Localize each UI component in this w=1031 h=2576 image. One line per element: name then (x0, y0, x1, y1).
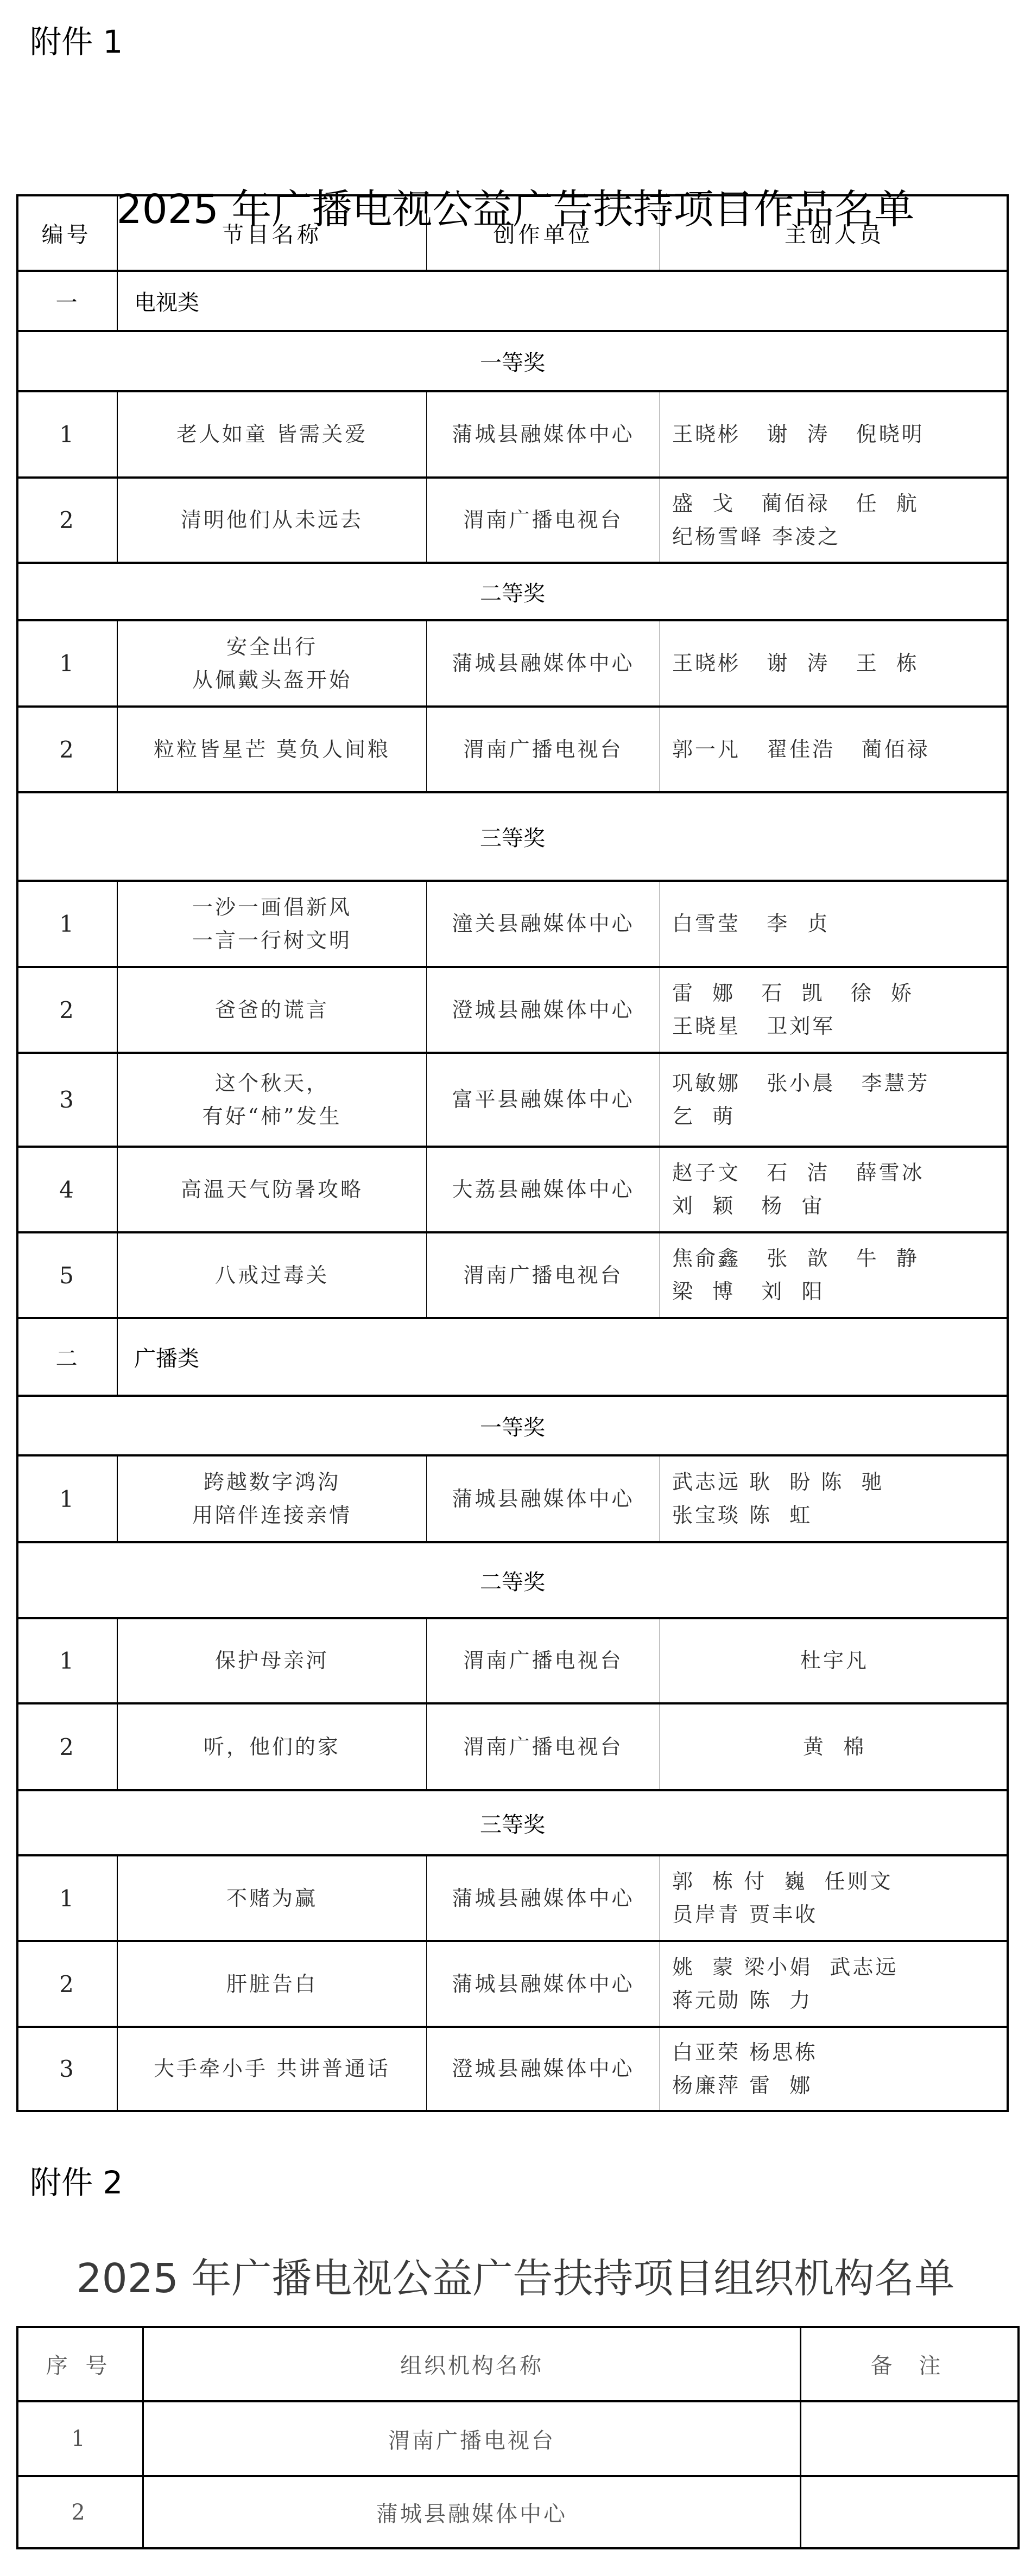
table-row: 1 渭南广播电视台 (16, 2400, 1020, 2475)
header-org: 组织机构名称 (142, 2328, 800, 2400)
creation-unit: 潼关县融媒体中心 (426, 882, 660, 966)
creators: 赵子文 石 洁 薛雪冰 刘 颖 杨 宙 (660, 1148, 1009, 1231)
table-row: 2 肝脏告白 蒲城县融媒体中心 姚 蒙 梁小娟 武志远 蒋元勋 陈 力 (16, 1940, 1009, 2026)
creators: 巩敏娜 张小晨 李慧芳 乞 萌 (660, 1054, 1009, 1146)
table-row: 3 这个秋天， 有好“柿”发生 富平县融媒体中心 巩敏娜 张小晨 李慧芳 乞 萌 (16, 1052, 1009, 1146)
award-row: 三等奖 (16, 791, 1009, 880)
table-row: 1 跨越数字鸿沟 用陪伴连接亲情 蒲城县融媒体中心 武志远 耿 盼 陈 驰 张宝… (16, 1454, 1009, 1541)
table-row: 2 清明他们从未远去 渭南广播电视台 盛 戈 蔺佰禄 任 航 纪杨雪峄 李凌之 (16, 476, 1009, 562)
header-creators: 主创人员 (660, 196, 1009, 270)
creators: 盛 戈 蔺佰禄 任 航 纪杨雪峄 李凌之 (660, 479, 1009, 562)
row-no: 3 (16, 1054, 117, 1146)
table-row: 2 听，他们的家 渭南广播电视台 黄 棉 (16, 1702, 1009, 1789)
creation-unit: 渭南广播电视台 (426, 1233, 660, 1317)
award-label: 一等奖 (16, 1397, 1009, 1454)
creation-unit: 渭南广播电视台 (426, 708, 660, 791)
creators: 雷 娜 石 凯 徐 娇 王晓星 卫刘军 (660, 968, 1009, 1052)
table-row: 1 一沙一画倡新风 一言一行树文明 潼关县融媒体中心 白雪莹 李 贞 (16, 880, 1009, 966)
award-label: 二等奖 (16, 564, 1009, 619)
creation-unit: 蒲城县融媒体中心 (426, 1856, 660, 1940)
row-no: 1 (16, 2402, 142, 2475)
table-row: 5 八戒过毒关 渭南广播电视台 焦俞鑫 张 歆 牛 静 梁 博 刘 阳 (16, 1231, 1009, 1317)
row-no: 3 (16, 2028, 117, 2110)
award-row: 二等奖 (16, 562, 1009, 619)
category-name: 广播类 (117, 1319, 1009, 1395)
table-row: 2 粒粒皆星芒 莫负人间粮 渭南广播电视台 郭一凡 翟佳浩 蔺佰禄 (16, 705, 1009, 791)
award-label: 二等奖 (16, 1543, 1009, 1617)
award-row: 二等奖 (16, 1541, 1009, 1617)
row-no: 1 (16, 392, 117, 476)
row-no: 2 (16, 1942, 117, 2026)
category-index: 二 (16, 1319, 117, 1395)
header-note: 备 注 (800, 2328, 1020, 2400)
creation-unit: 渭南广播电视台 (426, 1619, 660, 1702)
award-label: 三等奖 (16, 793, 1009, 880)
creation-unit: 蒲城县融媒体中心 (426, 392, 660, 476)
program-name: 跨越数字鸿沟 用陪伴连接亲情 (117, 1456, 426, 1541)
table-row: 2 蒲城县融媒体中心 (16, 2475, 1020, 2549)
creation-unit: 富平县融媒体中心 (426, 1054, 660, 1146)
creation-unit: 渭南广播电视台 (426, 1704, 660, 1789)
row-no: 2 (16, 1704, 117, 1789)
creators: 白雪莹 李 贞 (660, 882, 1009, 966)
award-label: 三等奖 (16, 1791, 1009, 1854)
creators: 郭一凡 翟佳浩 蔺佰禄 (660, 708, 1009, 791)
table-row: 1 不赌为赢 蒲城县融媒体中心 郭 栋 付 巍 任则文 员岸青 贾丰收 (16, 1854, 1009, 1940)
table-row: 1 保护母亲河 渭南广播电视台 杜宇凡 (16, 1617, 1009, 1702)
program-name: 肝脏告白 (117, 1942, 426, 2026)
program-name: 安全出行 从佩戴头盔开始 (117, 621, 426, 705)
program-name: 这个秋天， 有好“柿”发生 (117, 1054, 426, 1146)
program-name: 老人如童 皆需关爱 (117, 392, 426, 476)
program-name: 听，他们的家 (117, 1704, 426, 1789)
page-title-org-list: 2025 年广播电视公益广告扶持项目组织机构名单 (0, 2259, 1031, 2299)
creators: 姚 蒙 梁小娟 武志远 蒋元勋 陈 力 (660, 1942, 1009, 2026)
award-row: 一等奖 (16, 330, 1009, 390)
creators: 白亚荣 杨思栋 杨廉萍 雷 娜 (660, 2028, 1009, 2110)
row-no: 4 (16, 1148, 117, 1231)
program-name: 清明他们从未远去 (117, 479, 426, 562)
creation-unit: 渭南广播电视台 (426, 479, 660, 562)
category-name: 电视类 (117, 272, 1009, 330)
creators: 武志远 耿 盼 陈 驰 张宝琰 陈 虹 (660, 1456, 1009, 1541)
program-name: 保护母亲河 (117, 1619, 426, 1702)
program-name: 八戒过毒关 (117, 1233, 426, 1317)
header-no: 序 号 (16, 2328, 142, 2400)
note (800, 2477, 1020, 2547)
org-name: 蒲城县融媒体中心 (142, 2477, 800, 2547)
table-header-row: 序 号 组织机构名称 备 注 (16, 2326, 1020, 2400)
creation-unit: 蒲城县融媒体中心 (426, 1456, 660, 1541)
row-no: 2 (16, 708, 117, 791)
category-row-tv: 一 电视类 (16, 270, 1009, 330)
header-program: 节目名称 (117, 196, 426, 270)
program-name: 一沙一画倡新风 一言一行树文明 (117, 882, 426, 966)
attachment-2-label: 附件 2 (30, 2167, 123, 2198)
creators: 王晓彬 谢 涛 倪晓明 (660, 392, 1009, 476)
row-no: 1 (16, 1856, 117, 1940)
creators: 郭 栋 付 巍 任则文 员岸青 贾丰收 (660, 1856, 1009, 1940)
note (800, 2402, 1020, 2475)
table-row: 2 爸爸的谎言 澄城县融媒体中心 雷 娜 石 凯 徐 娇 王晓星 卫刘军 (16, 966, 1009, 1052)
creators: 杜宇凡 (660, 1619, 1009, 1702)
row-no: 1 (16, 1456, 117, 1541)
row-no: 1 (16, 621, 117, 705)
header-unit: 创作单位 (426, 196, 660, 270)
attachment-1-label: 附件 1 (30, 26, 123, 58)
category-index: 一 (16, 272, 117, 330)
creation-unit: 澄城县融媒体中心 (426, 968, 660, 1052)
award-label: 一等奖 (16, 332, 1009, 390)
creators: 黄 棉 (660, 1704, 1009, 1789)
creation-unit: 蒲城县融媒体中心 (426, 621, 660, 705)
table-header-row: 编号 节目名称 创作单位 主创人员 (16, 194, 1009, 270)
table-row: 3 大手牵小手 共讲普通话 澄城县融媒体中心 白亚荣 杨思栋 杨廉萍 雷 娜 (16, 2026, 1009, 2112)
award-row: 三等奖 (16, 1789, 1009, 1854)
creators: 王晓彬 谢 涛 王 栋 (660, 621, 1009, 705)
creators: 焦俞鑫 张 歆 牛 静 梁 博 刘 阳 (660, 1233, 1009, 1317)
row-no: 1 (16, 882, 117, 966)
row-no: 5 (16, 1233, 117, 1317)
creation-unit: 大荔县融媒体中心 (426, 1148, 660, 1231)
header-no: 编号 (16, 196, 117, 270)
row-no: 2 (16, 479, 117, 562)
row-no: 2 (16, 2477, 142, 2547)
table-row: 1 安全出行 从佩戴头盔开始 蒲城县融媒体中心 王晓彬 谢 涛 王 栋 (16, 619, 1009, 705)
row-no: 1 (16, 1619, 117, 1702)
program-name: 不赌为赢 (117, 1856, 426, 1940)
creation-unit: 澄城县融媒体中心 (426, 2028, 660, 2110)
program-name: 粒粒皆星芒 莫负人间粮 (117, 708, 426, 791)
table-row: 1 老人如童 皆需关爱 蒲城县融媒体中心 王晓彬 谢 涛 倪晓明 (16, 390, 1009, 476)
program-name: 爸爸的谎言 (117, 968, 426, 1052)
award-row: 一等奖 (16, 1395, 1009, 1454)
program-name: 高温天气防暑攻略 (117, 1148, 426, 1231)
table-row: 4 高温天气防暑攻略 大荔县融媒体中心 赵子文 石 洁 薛雪冰 刘 颖 杨 宙 (16, 1146, 1009, 1231)
row-no: 2 (16, 968, 117, 1052)
category-row-radio: 二 广播类 (16, 1317, 1009, 1395)
org-name: 渭南广播电视台 (142, 2402, 800, 2475)
program-name: 大手牵小手 共讲普通话 (117, 2028, 426, 2110)
creation-unit: 蒲城县融媒体中心 (426, 1942, 660, 2026)
